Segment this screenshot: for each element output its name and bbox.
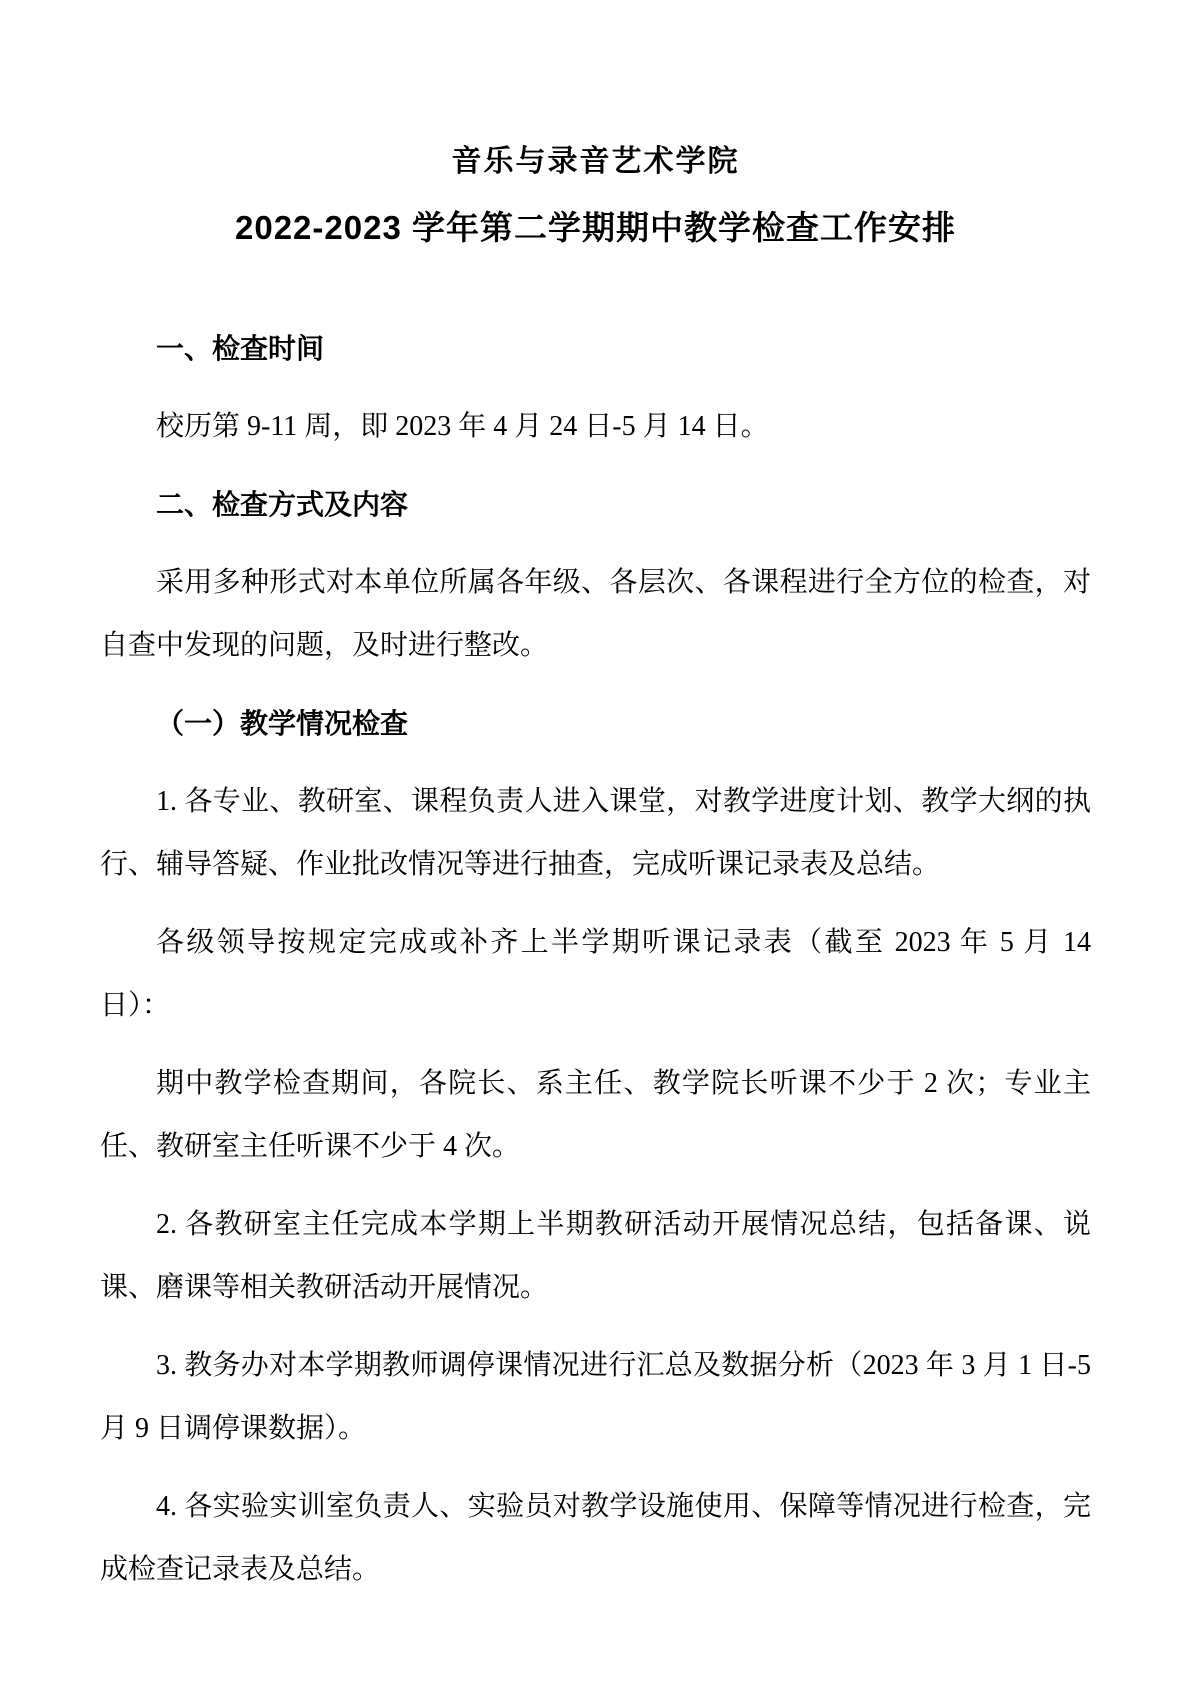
document-page: 音乐与录音艺术学院 2022-2023 学年第二学期期中教学检查工作安排 一、检… [0, 0, 1191, 1684]
paragraph-item-3: 3. 教务办对本学期教师调停课情况进行汇总及数据分析（2023 年 3 月 1 … [100, 1334, 1091, 1460]
section-heading-check-method: 二、检查方式及内容 [100, 473, 1091, 536]
document-title-main: 2022-2023 学年第二学期期中教学检查工作安排 [100, 193, 1091, 263]
paragraph-item-4: 4. 各实验实训室负责人、实验员对教学设施使用、保障等情况进行检查，完成检查记录… [100, 1475, 1091, 1601]
paragraph-item-2: 2. 各教研室主任完成本学期上半期教研活动开展情况总结，包括备课、说课、磨课等相… [100, 1193, 1091, 1319]
paragraph-check-method: 采用多种形式对本单位所属各年级、各层次、各课程进行全方位的检查，对自查中发现的问… [100, 551, 1091, 677]
section-heading-check-time: 一、检查时间 [100, 317, 1091, 380]
subsection-heading-teaching-check: （一）教学情况检查 [100, 692, 1091, 755]
paragraph-leaders-records: 各级领导按规定完成或补齐上半学期听课记录表（截至 2023 年 5 月 14 日… [100, 911, 1091, 1037]
document-title-unit: 音乐与录音艺术学院 [100, 130, 1091, 193]
paragraph-check-time: 校历第 9-11 周，即 2023 年 4 月 24 日-5 月 14 日。 [100, 395, 1091, 458]
paragraph-item-1: 1. 各专业、教研室、课程负责人进入课堂，对教学进度计划、教学大纲的执行、辅导答… [100, 770, 1091, 896]
paragraph-listen-counts: 期中教学检查期间，各院长、系主任、教学院长听课不少于 2 次；专业主任、教研室主… [100, 1052, 1091, 1178]
